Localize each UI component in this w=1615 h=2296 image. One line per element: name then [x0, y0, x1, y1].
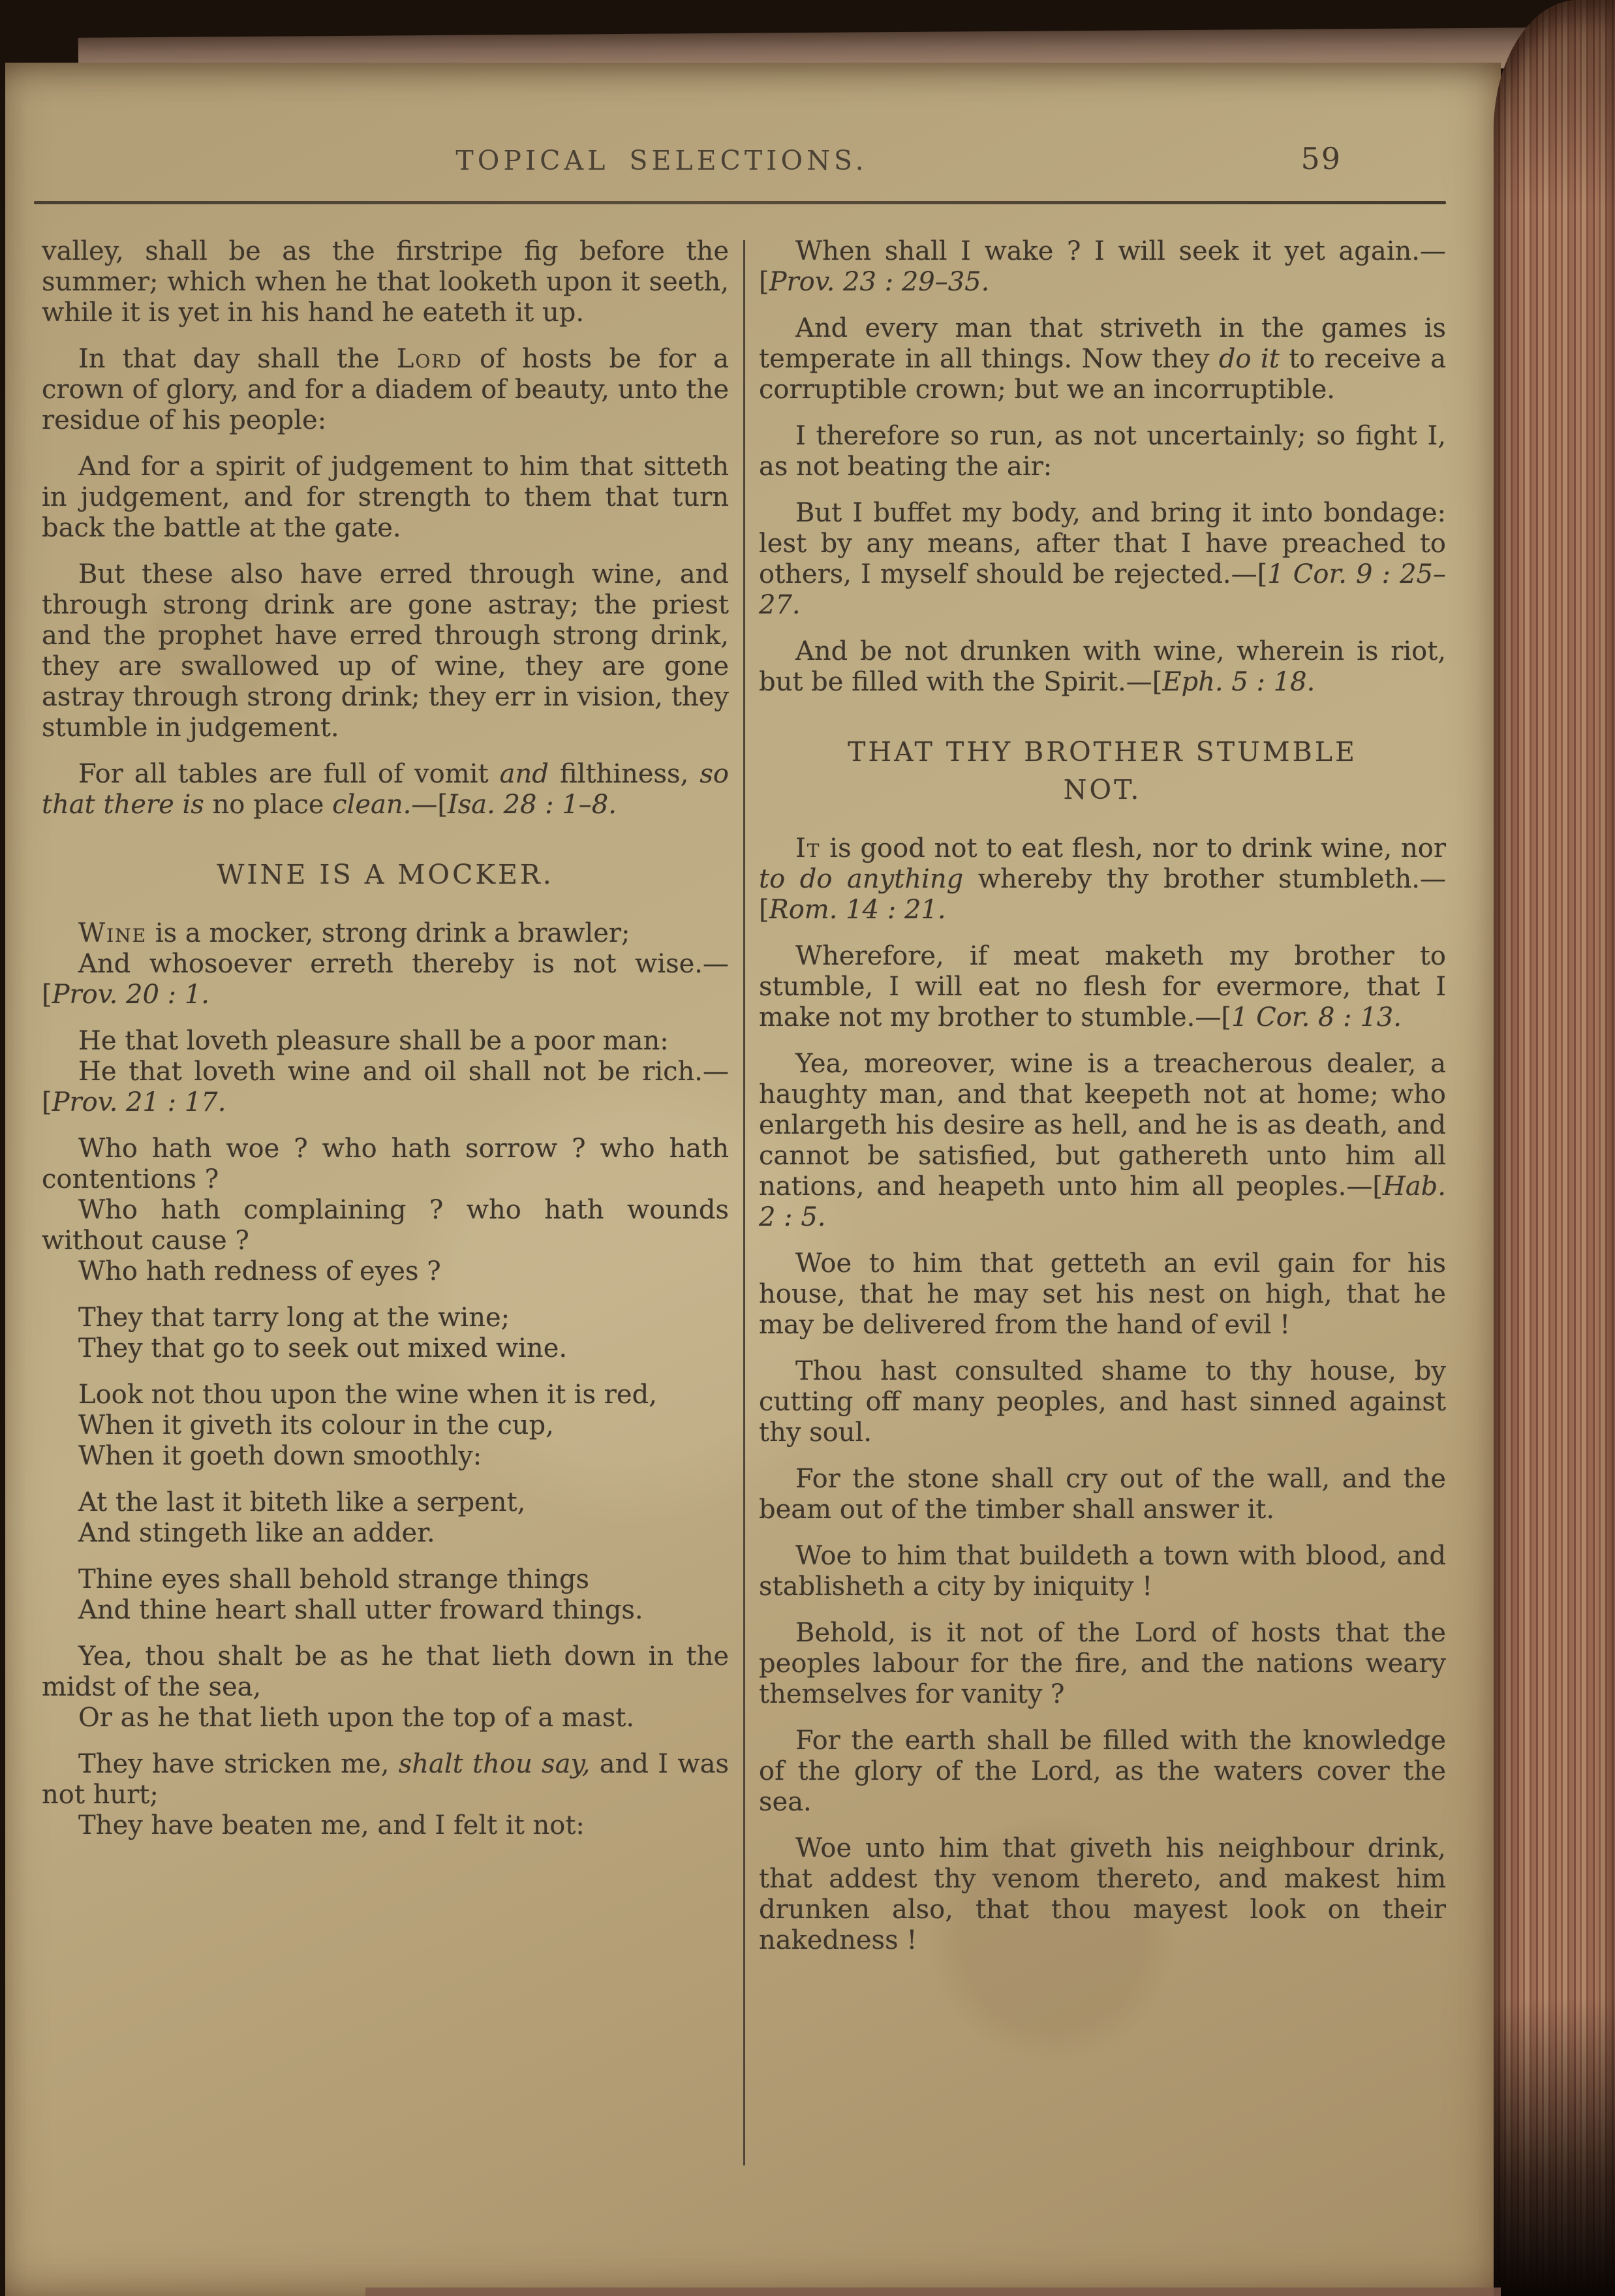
paragraph: For the stone shall cry out of the wall,… [759, 1464, 1446, 1525]
paragraph: Behold, is it not of the Lord of hosts t… [759, 1618, 1446, 1710]
book-scan: { "header": { "title": "TOPICAL SELECTIO… [0, 0, 1615, 2296]
paragraph: Wherefore, if meat maketh my brother to … [759, 941, 1446, 1033]
text-run: For all tables are full of vomit [78, 759, 500, 789]
paragraph: And be not drunken with wine, wherein is… [759, 636, 1446, 698]
text-run: And be not drunken with wine, wherein is… [759, 636, 1446, 697]
emphasis-or-citation: and [500, 759, 549, 789]
text-run: For the stone shall cry out of the wall,… [759, 1464, 1446, 1525]
paragraph: Yea, moreover, wine is a treacherous dea… [759, 1049, 1446, 1233]
text-run: Or as he that lieth upon the top of a ma… [78, 1703, 634, 1733]
page-number: 59 [1300, 141, 1342, 176]
paragraph: And for a spirit of judgement to him tha… [42, 452, 729, 544]
paragraph: Woe to him that buildeth a town with blo… [759, 1541, 1446, 1602]
text-run: Wine [78, 918, 147, 948]
emphasis-or-citation: clean. [332, 790, 411, 820]
text-run: is good not to eat flesh, nor to drink w… [820, 833, 1446, 863]
paragraph: And thine heart shall utter froward thin… [42, 1595, 729, 1626]
text-run: Thou hast consulted shame to thy house, … [759, 1356, 1446, 1448]
paragraph: Thine eyes shall behold strange things [42, 1564, 729, 1595]
text-run: filthiness, [549, 759, 700, 789]
paragraph: Who hath complaining ? who hath wounds w… [42, 1195, 729, 1256]
text-run: Who hath redness of eyes ? [78, 1256, 441, 1286]
emphasis-or-citation: Eph. 5 : 18. [1162, 667, 1315, 697]
emphasis-or-citation: to do anything [759, 864, 963, 894]
text-run: For the earth shall be filled with the k… [759, 1726, 1446, 1817]
paragraph: He that loveth pleasure shall be a poor … [42, 1026, 729, 1057]
book-fore-edge [1494, 0, 1615, 2296]
paragraph: Yea, thou shalt be as he that lieth down… [42, 1641, 729, 1703]
paragraph: When it giveth its colour in the cup, [42, 1410, 729, 1441]
left-column: valley, shall be as the firstripe fig be… [42, 236, 729, 1841]
text-run: In that day shall the [78, 344, 397, 374]
text-columns: valley, shall be as the firstripe fig be… [42, 236, 1446, 2165]
paragraph: And every man that striveth in the games… [759, 313, 1446, 405]
emphasis-or-citation: 1 Cor. 8 : 13. [1231, 1002, 1402, 1032]
text-run: At the last it biteth like a serpent, [78, 1487, 525, 1517]
text-run: Woe to him that buildeth a town with blo… [759, 1541, 1446, 1602]
emphasis-or-citation: Isa. 28 : 1–8. [448, 790, 617, 820]
text-run: Yea, moreover, wine is a treacherous dea… [759, 1049, 1446, 1202]
text-run: They have stricken me, [78, 1749, 399, 1779]
header-rule [34, 201, 1446, 204]
text-run: And stingeth like an adder. [78, 1518, 435, 1548]
text-run: He that loveth pleasure shall be a poor … [78, 1026, 669, 1056]
emphasis-or-citation: Prov. 20 : 1. [52, 980, 209, 1010]
text-run: I therefore so run, as not uncertainly; … [759, 421, 1446, 482]
paragraph: But I buffet my body, and bring it into … [759, 498, 1446, 621]
text-run: no place [204, 790, 332, 820]
paragraph: I therefore so run, as not uncertainly; … [759, 421, 1446, 482]
text-run: Woe to him that getteth an evil gain for… [759, 1249, 1446, 1340]
text-run: They have beaten me, and I felt it not: [78, 1810, 585, 1840]
paragraph: For all tables are full of vomit and fil… [42, 759, 729, 820]
emphasis-or-citation: do it [1219, 344, 1280, 374]
section-heading: THAT THY BROTHER STUMBLE NOT. [829, 733, 1377, 809]
text-run: is a mocker, strong drink a brawler; [147, 918, 630, 948]
text-run: Woe unto him that giveth his neighbour d… [759, 1833, 1446, 1955]
paragraph: Or as he that lieth upon the top of a ma… [42, 1703, 729, 1733]
paragraph: But these also have erred through wine, … [42, 559, 729, 743]
text-run: And for a spirit of judgement to him tha… [42, 452, 729, 543]
text-run: —[ [411, 790, 448, 820]
emphasis-or-citation: Rom. 14 : 21. [769, 895, 946, 925]
paragraph: In that day shall the Lord of hosts be f… [42, 344, 729, 436]
page-title: TOPICAL SELECTIONS. [0, 145, 1409, 176]
right-column: When shall I wake ? I will seek it yet a… [759, 236, 1446, 1956]
paragraph: He that loveth wine and oil shall not be… [42, 1057, 729, 1118]
paragraph: It is good not to eat flesh, nor to drin… [759, 833, 1446, 925]
paragraph: And whosoever erreth thereby is not wise… [42, 949, 729, 1010]
text-run: Who hath complaining ? who hath wounds w… [42, 1195, 729, 1256]
paragraph: When shall I wake ? I will seek it yet a… [759, 236, 1446, 298]
text-run: They that tarry long at the wine; [78, 1303, 510, 1333]
emphasis-or-citation: shalt thou say, [399, 1749, 591, 1779]
column-divider-rule [743, 240, 745, 2165]
text-run: Who hath woe ? who hath sorrow ? who hat… [42, 1134, 729, 1194]
text-run: Behold, is it not of the Lord of hosts t… [759, 1618, 1446, 1709]
text-run: Look not thou upon the wine when it is r… [78, 1380, 657, 1410]
next-page-edge [365, 2288, 1501, 2296]
paragraph: Who hath redness of eyes ? [42, 1256, 729, 1287]
text-run: When it goeth down smoothly: [78, 1441, 482, 1471]
text-run: And thine heart shall utter froward thin… [78, 1595, 643, 1625]
text-run: Thine eyes shall behold strange things [78, 1564, 589, 1594]
paragraph: At the last it biteth like a serpent, [42, 1487, 729, 1518]
paragraph: When it goeth down smoothly: [42, 1441, 729, 1472]
paragraph: Thou hast consulted shame to thy house, … [759, 1356, 1446, 1448]
emphasis-or-citation: Prov. 21 : 17. [52, 1087, 226, 1117]
paragraph: Woe to him that getteth an evil gain for… [759, 1249, 1446, 1341]
paragraph: They that go to seek out mixed wine. [42, 1333, 729, 1364]
paragraph: And stingeth like an adder. [42, 1518, 729, 1549]
text-run: But these also have erred through wine, … [42, 559, 729, 743]
paragraph: They have stricken me, shalt thou say, a… [42, 1749, 729, 1810]
book-page: TOPICAL SELECTIONS. 59 valley, shall be … [5, 63, 1501, 2296]
text-run: They that go to seek out mixed wine. [78, 1333, 567, 1363]
paragraph: For the earth shall be filled with the k… [759, 1726, 1446, 1818]
text-run: Lord [397, 344, 463, 374]
paragraph: They have beaten me, and I felt it not: [42, 1810, 729, 1841]
paragraph: Look not thou upon the wine when it is r… [42, 1380, 729, 1410]
paragraph: They that tarry long at the wine; [42, 1303, 729, 1333]
paragraph: Who hath woe ? who hath sorrow ? who hat… [42, 1134, 729, 1195]
emphasis-or-citation: Prov. 23 : 29–35. [769, 267, 990, 297]
text-run: When it giveth its colour in the cup, [78, 1410, 554, 1440]
text-run: Yea, thou shalt be as he that lieth down… [42, 1641, 729, 1702]
paragraph: Woe unto him that giveth his neighbour d… [759, 1833, 1446, 1956]
paragraph: Wine is a mocker, strong drink a brawler… [42, 918, 729, 949]
paragraph: valley, shall be as the firstripe fig be… [42, 236, 729, 328]
text-run: valley, shall be as the firstripe fig be… [42, 236, 729, 328]
section-heading: WINE IS A MOCKER. [42, 856, 729, 893]
text-run: It [795, 833, 820, 863]
